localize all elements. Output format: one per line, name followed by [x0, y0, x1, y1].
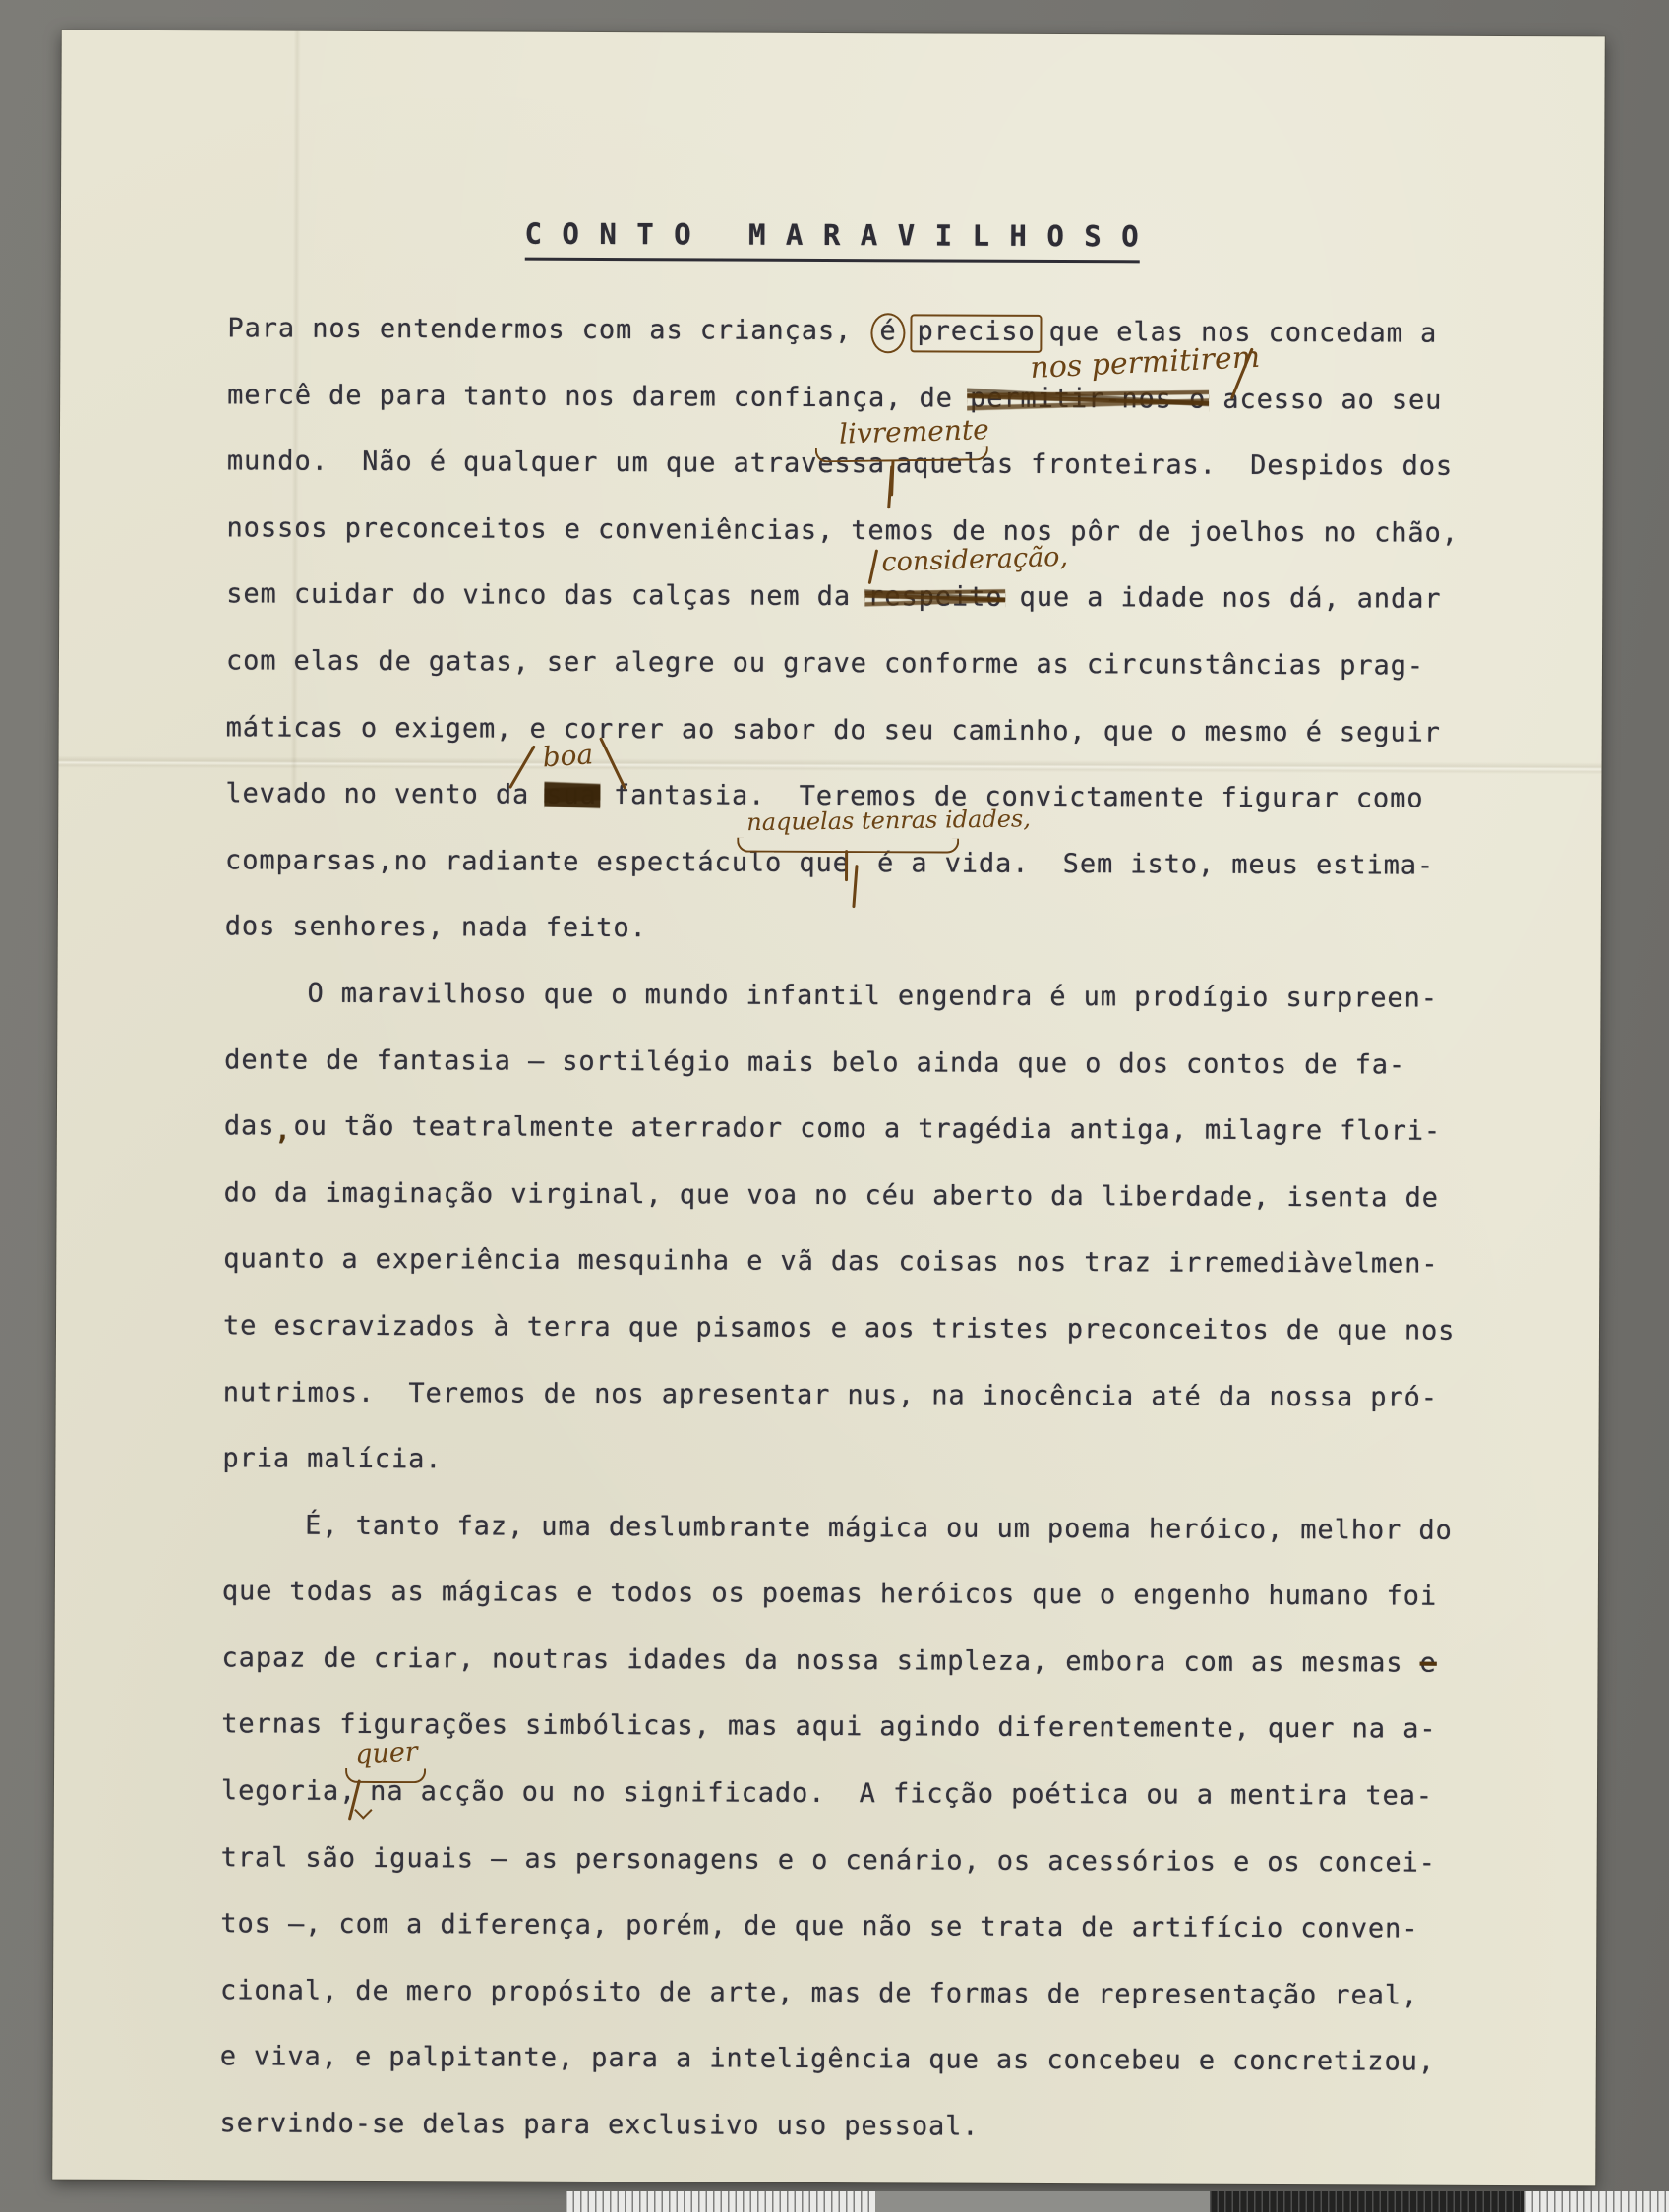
- page-title-text: C O N T O M A R A V I L H O S O: [524, 217, 1140, 264]
- typed-line-10: dos senhores, nada feito.: [225, 911, 1533, 983]
- scale-bar-segment: [1210, 2191, 1524, 2212]
- typed-line-14: do da imaginação virginal, que voa no cé…: [223, 1176, 1531, 1248]
- circled-word: é: [870, 313, 905, 353]
- ink-bracket: [815, 446, 988, 462]
- typed-line-24: tral são iguais — as personagens e o cen…: [220, 1841, 1528, 1913]
- line-text: capaz de criar, noutras idades da nossa …: [221, 1643, 1419, 1678]
- line-text: legoria,: [221, 1775, 356, 1807]
- struck-text: respeito: [867, 582, 1002, 614]
- line-text: acesso ao seu: [1206, 384, 1442, 415]
- ink-stroke: [845, 850, 848, 881]
- line-text: das: [224, 1110, 275, 1141]
- page-title: C O N T O M A R A V I L H O S O: [61, 215, 1604, 266]
- line-text: na acção ou no significado. A ficção poé…: [370, 1776, 1433, 1812]
- scale-bar-segment: [1524, 2191, 1669, 2212]
- handwritten-correction-boa: boa: [542, 738, 595, 773]
- typed-line-23: legoria,na acção ou no significado. A fi…: [221, 1774, 1529, 1846]
- line-text: Para nos entendermos com as crianças,: [227, 313, 868, 346]
- paper-sheet: C O N T O M A R A V I L H O S O Para nos…: [52, 30, 1605, 2186]
- body-text: Para nos entendermos com as crianças, ép…: [219, 312, 1535, 2179]
- photo-backdrop: C O N T O M A R A V I L H O S O Para nos…: [0, 0, 1669, 2212]
- struck-text: e: [1420, 1648, 1437, 1679]
- handwritten-correction-consideracao: consideração,: [881, 542, 1068, 578]
- typed-line-19: É, tanto faz, uma deslumbrante mágica ou…: [222, 1509, 1530, 1581]
- line-text: ou tão teatralmente aterrador como a tra…: [293, 1111, 1441, 1147]
- line-text: levado no vento da: [225, 778, 546, 809]
- typed-line-15: quanto a experiência mesquinha e vã das …: [223, 1243, 1531, 1315]
- struck-text: permitir-nos o: [970, 383, 1206, 414]
- typed-line-6: com elas de gatas, ser alegre ou grave c…: [226, 644, 1534, 716]
- typed-line-21: capaz de criar, noutras idades da nossa …: [221, 1642, 1529, 1713]
- typed-line-7: máticas o exigem, e correr ao sabor do s…: [225, 711, 1533, 783]
- line-text: mercê de para tanto nos darem confiança,…: [227, 380, 970, 413]
- typed-line-16: te escravizados à terra que pisamos e ao…: [223, 1309, 1531, 1381]
- handwritten-correction-quer: quer: [354, 1737, 418, 1770]
- struck-text: sua: [546, 780, 597, 810]
- typed-line-25: tos —, com a diferença, porém, de que nã…: [220, 1908, 1528, 1980]
- typed-line-17: nutrimos. Teremos de nos apresentar nus,…: [223, 1376, 1531, 1448]
- typed-line-13: das,ou tão teatralmente aterrador como a…: [224, 1109, 1532, 1181]
- typed-line-20: que todas as mágicas e todos os poemas h…: [222, 1576, 1530, 1647]
- handwritten-correction-livremente: livremente: [839, 413, 990, 450]
- scale-bar-segment: [875, 2191, 1210, 2212]
- ink-bracket: [737, 838, 959, 854]
- typed-line-12: dente de fantasia — sortilégio mais belo…: [224, 1044, 1532, 1115]
- typed-line-11: O maravilhoso que o mundo infantil engen…: [224, 977, 1532, 1048]
- scale-bar-segment: [566, 2191, 875, 2212]
- typed-line-26: cional, de mero propósito de arte, mas d…: [220, 1974, 1528, 2046]
- line-text: que a idade nos dá, andar: [1002, 582, 1441, 615]
- typed-line-18: pria malícia.: [222, 1442, 1530, 1514]
- handwritten-correction-naquelas-tenras-idades: naquelas tenras idades,: [746, 805, 1031, 836]
- typed-line-5: sem cuidar do vinco das calças nem da re…: [226, 578, 1534, 650]
- typed-line-9: comparsas,no radiante espectáculo que é …: [225, 844, 1533, 916]
- boxed-word: preciso: [910, 314, 1042, 353]
- inserted-comma: ,: [274, 1116, 291, 1147]
- line-text: mundo. Não é qualquer um que atravessa: [227, 447, 885, 480]
- typed-line-27: e viva, e palpitante, para a inteligênci…: [220, 2041, 1528, 2113]
- line-text: sem cuidar do vinco das calças nem da: [226, 579, 867, 613]
- typed-line-1: Para nos entendermos com as crianças, ép…: [227, 312, 1535, 384]
- typed-line-28: servindo-se delas para exclusivo uso pes…: [219, 2107, 1527, 2179]
